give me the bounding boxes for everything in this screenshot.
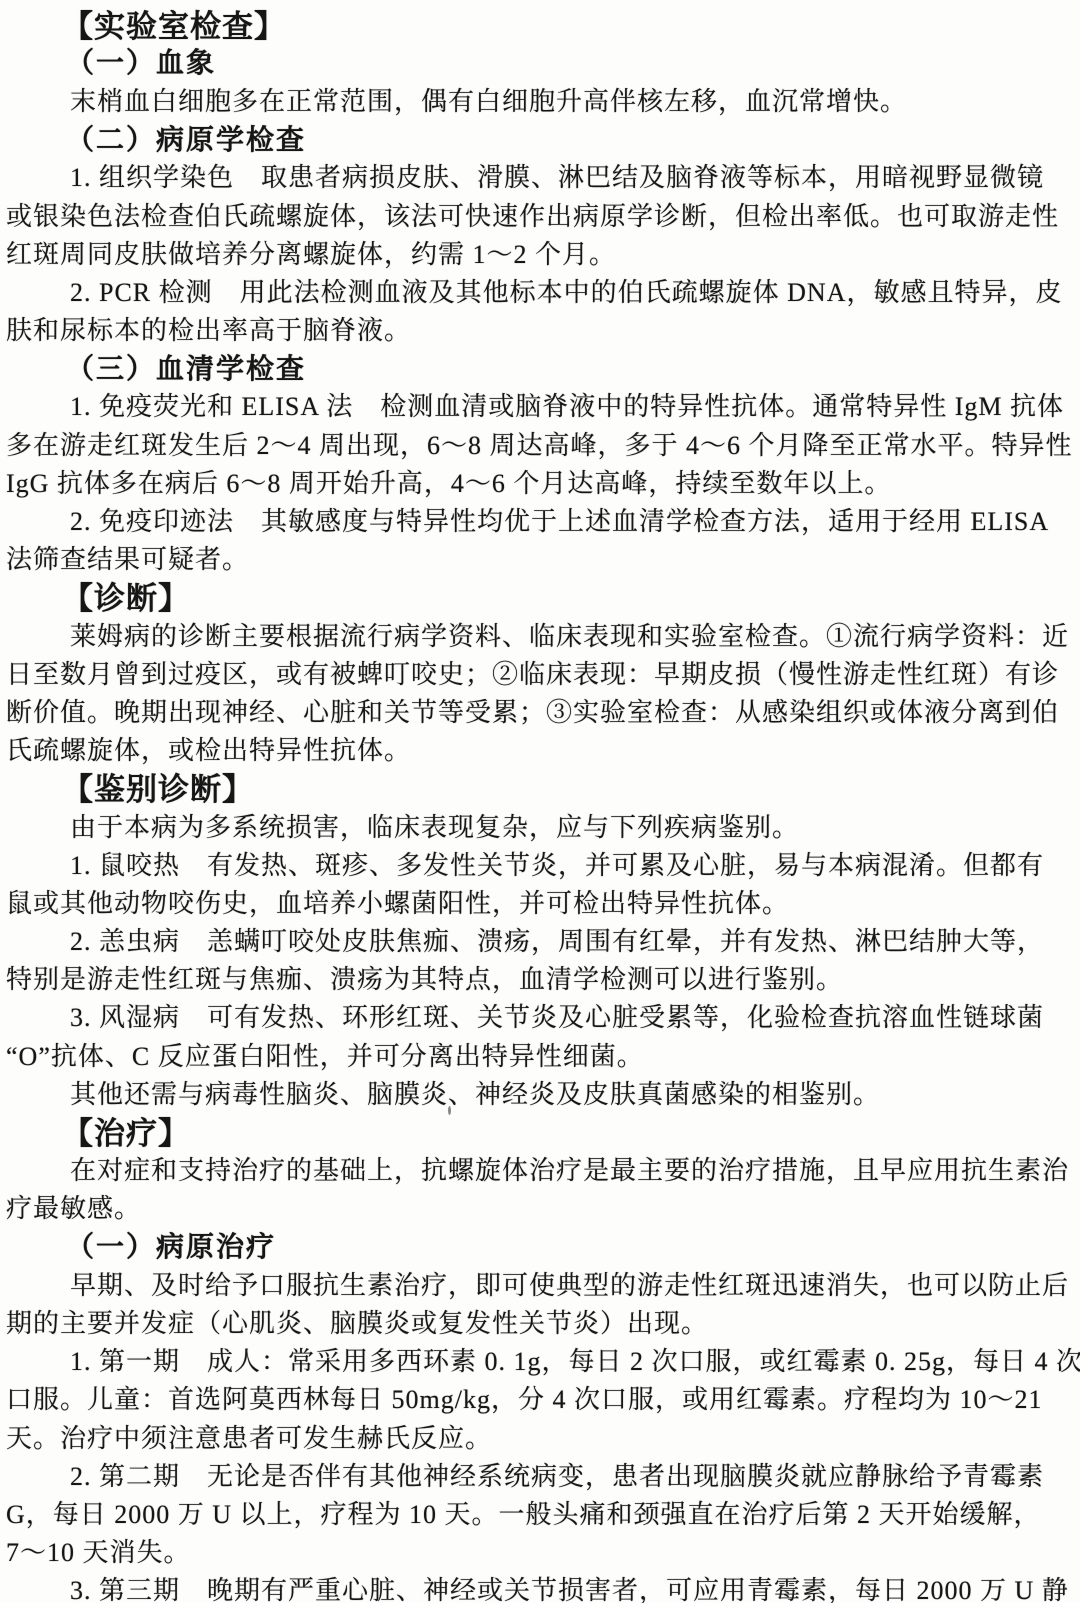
text-line: 2. 第二期 无论是否伴有其他神经系统病变，患者出现脑膜炎就应静脉给予青霉素	[0, 1455, 1080, 1493]
text-line: 2. 免疫印迹法 其敏感度与特异性均优于上述血清学检查方法，适用于经用 ELIS…	[0, 500, 1080, 538]
text-line: 末梢血白细胞多在正常范围，偶有白细胞升高伴核左移，血沉常增快。	[0, 80, 1080, 118]
sub-heading: （二）病原学检查	[0, 119, 1080, 157]
text-line: 由于本病为多系统损害，临床表现复杂，应与下列疾病鉴别。	[0, 806, 1080, 844]
text-line: 2. 恙虫病 恙螨叮咬处皮肤焦痂、溃疡，周围有红晕，并有发热、淋巴结肿大等，	[0, 921, 1080, 959]
section-heading: 【实验室检查】	[0, 4, 1080, 42]
text-line: 莱姆病的诊断主要根据流行病学资料、临床表现和实验室检查。①流行病学资料：近	[0, 615, 1080, 653]
text-line: 日至数月曾到过疫区，或有被蜱叮咬史；②临床表现：早期皮损（慢性游走性红斑）有诊	[0, 653, 1080, 691]
section-heading: 【治疗】	[0, 1111, 1080, 1149]
text-line: 多在游走红斑发生后 2～4 周出现，6～8 周达高峰，多于 4～6 个月降至正常…	[0, 424, 1080, 462]
text-line: 3. 风湿病 可有发热、环形红斑、关节炎及心脏受累等，化验检查抗溶血性链球菌	[0, 997, 1080, 1035]
text-line: 1. 组织学染色 取患者病损皮肤、滑膜、淋巴结及脑脊液等标本，用暗视野显微镜	[0, 157, 1080, 195]
text-line: 1. 免疫荧光和 ELISA 法 检测血清或脑脊液中的特异性抗体。通常特异性 I…	[0, 386, 1080, 424]
text-line: 红斑周同皮肤做培养分离螺旋体，约需 1～2 个月。	[0, 233, 1080, 271]
text-line: 肤和尿标本的检出率高于脑脊液。	[0, 310, 1080, 348]
text-line: 1. 第一期 成人：常采用多西环素 0. 1g，每日 2 次口服，或红霉素 0.…	[0, 1341, 1080, 1379]
section-heading: 【鉴别诊断】	[0, 768, 1080, 806]
text-line: 3. 第三期 晚期有严重心脏、神经或关节损害者，可应用青霉素，每日 2000 万…	[0, 1570, 1080, 1603]
text-line: 早期、及时给予口服抗生素治疗，即可使典型的游走性红斑迅速消失，也可以防止后	[0, 1264, 1080, 1302]
text-line: “O”抗体、C 反应蛋白阳性，并可分离出特异性细菌。	[0, 1035, 1080, 1073]
text-line: 7～10 天消失。	[0, 1532, 1080, 1570]
text-line: 2. PCR 检测 用此法检测血液及其他标本中的伯氏疏螺旋体 DNA，敏感且特异…	[0, 271, 1080, 309]
text-line: 特别是游走性红斑与焦痂、溃疡为其特点，血清学检测可以进行鉴别。	[0, 959, 1080, 997]
text-line: G，每日 2000 万 U 以上，疗程为 10 天。一般头痛和颈强直在治疗后第 …	[0, 1493, 1080, 1531]
sub-heading: （一）病原治疗	[0, 1226, 1080, 1264]
text-line: IgG 抗体多在病后 6～8 周开始升高，4～6 个月达高峰，持续至数年以上。	[0, 462, 1080, 500]
section-heading: 【诊断】	[0, 577, 1080, 615]
text-block: 【实验室检查】（一）血象末梢血白细胞多在正常范围，偶有白细胞升高伴核左移，血沉常…	[0, 4, 1080, 1603]
text-line: 或银染色法检查伯氏疏螺旋体，该法可快速作出病原学诊断，但检出率低。也可取游走性	[0, 195, 1080, 233]
scanned-book-page: 【实验室检查】（一）血象末梢血白细胞多在正常范围，偶有白细胞升高伴核左移，血沉常…	[0, 0, 1080, 1603]
text-line: 疗最敏感。	[0, 1188, 1080, 1226]
text-line: 天。治疗中须注意患者可发生赫氏反应。	[0, 1417, 1080, 1455]
text-line: 1. 鼠咬热 有发热、斑疹、多发性关节炎，并可累及心脏，易与本病混淆。但都有	[0, 844, 1080, 882]
text-line: 期的主要并发症（心肌炎、脑膜炎或复发性关节炎）出现。	[0, 1302, 1080, 1340]
text-line: 氏疏螺旋体，或检出特异性抗体。	[0, 730, 1080, 768]
text-line: 在对症和支持治疗的基础上，抗螺旋体治疗是最主要的治疗措施，且早应用抗生素治	[0, 1150, 1080, 1188]
text-line: 其他还需与病毒性脑炎、脑膜炎、神经炎及皮肤真菌感染的相鉴别。	[0, 1073, 1080, 1111]
text-line: 口服。儿童：首选阿莫西林每日 50mg/kg，分 4 次口服，或用红霉素。疗程均…	[0, 1379, 1080, 1417]
scan-artifact	[448, 1106, 451, 1115]
sub-heading: （一）血象	[0, 42, 1080, 80]
text-line: 断价值。晚期出现神经、心脏和关节等受累；③实验室检查：从感染组织或体液分离到伯	[0, 691, 1080, 729]
text-line: 法筛查结果可疑者。	[0, 539, 1080, 577]
text-line: 鼠或其他动物咬伤史，血培养小螺菌阳性，并可检出特异性抗体。	[0, 882, 1080, 920]
sub-heading: （三）血清学检查	[0, 348, 1080, 386]
